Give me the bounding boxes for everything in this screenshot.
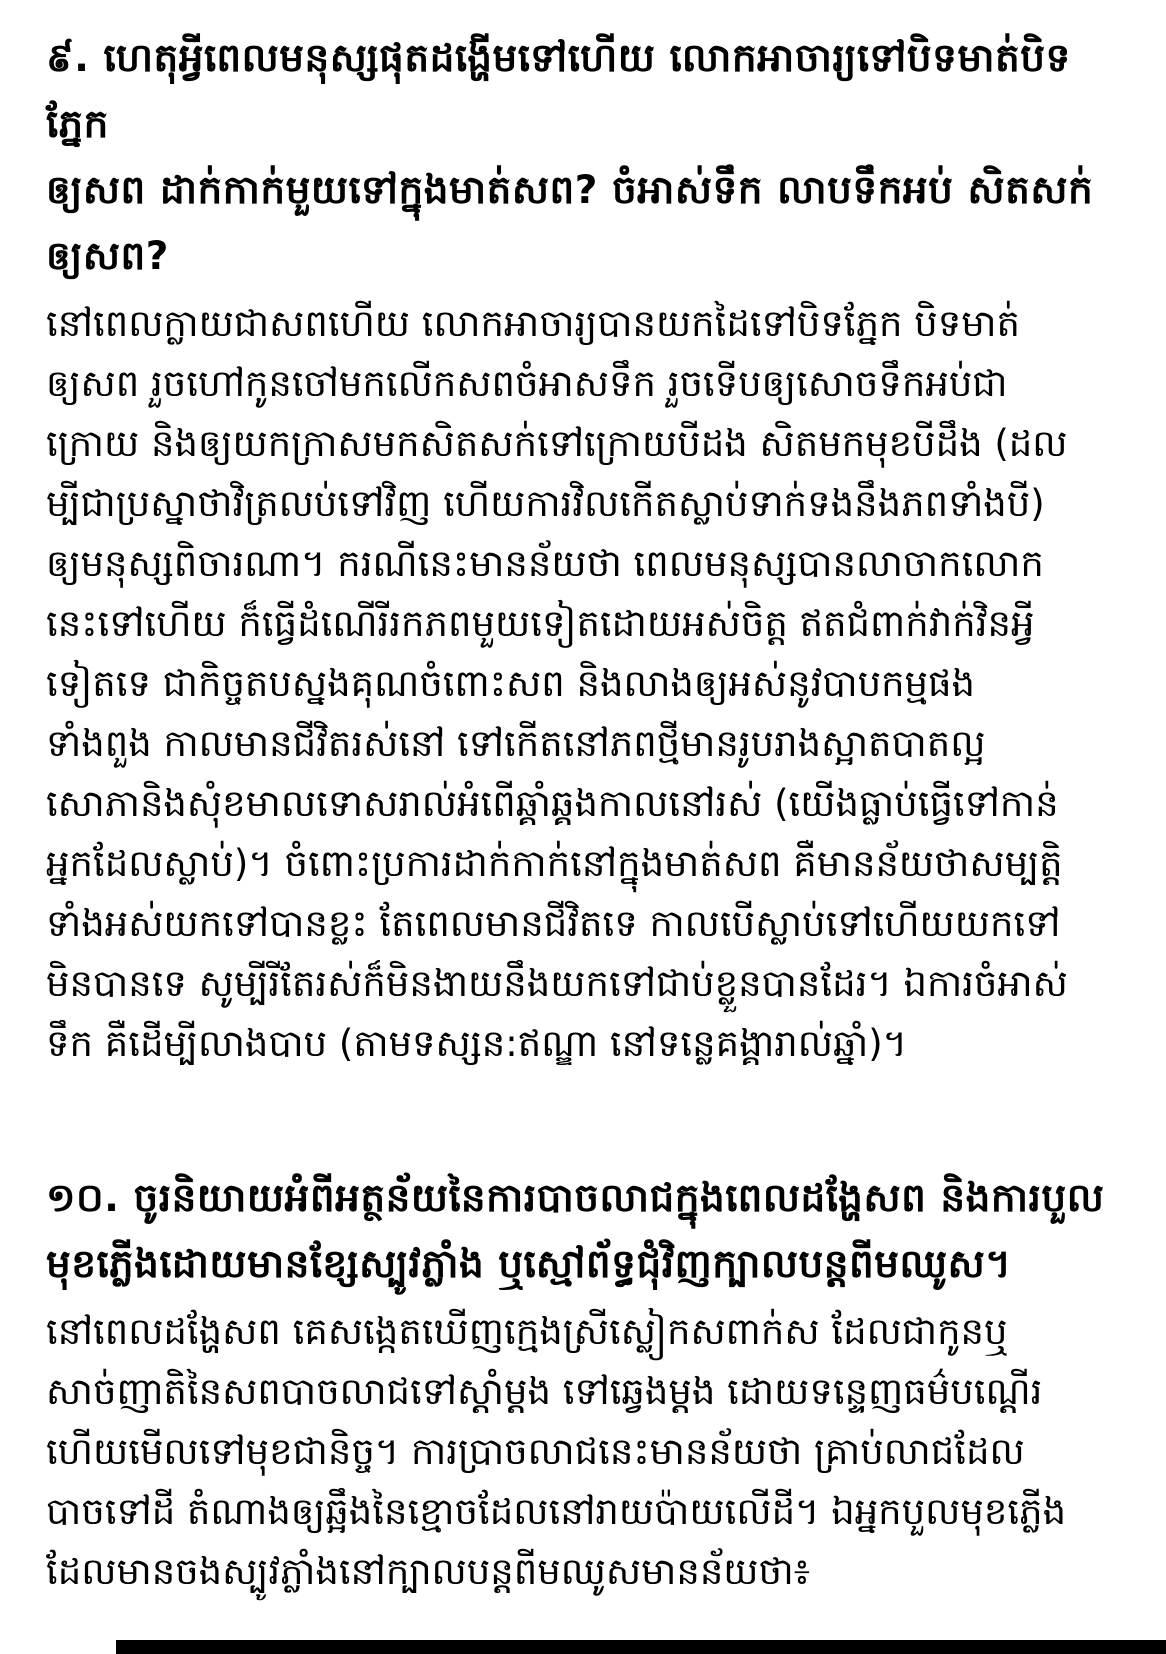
question-10-heading: ១០. ចូរនិយាយអំពីអត្ថន័យនៃការបាចលាជក្នុងព…	[46, 1166, 1122, 1298]
section-divider-space	[46, 1074, 1122, 1166]
qa-section-10: ១០. ចូរនិយាយអំពីអត្ថន័យនៃការបាចលាជក្នុងព…	[46, 1166, 1122, 1602]
qa-section-9: ៩. ហេតុអ្វីពេលមនុស្សផុតដង្ហើមទៅហើយ លោកអា…	[46, 26, 1122, 1074]
answer-9-paragraph: នៅពេលក្លាយជាសពហើយ លោកអាចារ្យបានយកដៃទៅបិទ…	[46, 294, 1122, 1074]
document-page: ៩. ហេតុអ្វីពេលមនុស្សផុតដង្ហើមទៅហើយ លោកអា…	[0, 0, 1166, 1602]
cropped-black-bar	[116, 1640, 1166, 1654]
question-9-heading: ៩. ហេតុអ្វីពេលមនុស្សផុតដង្ហើមទៅហើយ លោកអា…	[46, 26, 1122, 290]
answer-10-paragraph: នៅពេលដង្ហែសព គេសង្កេតឃើញក្មេងស្រីស្លៀកសព…	[46, 1302, 1122, 1602]
